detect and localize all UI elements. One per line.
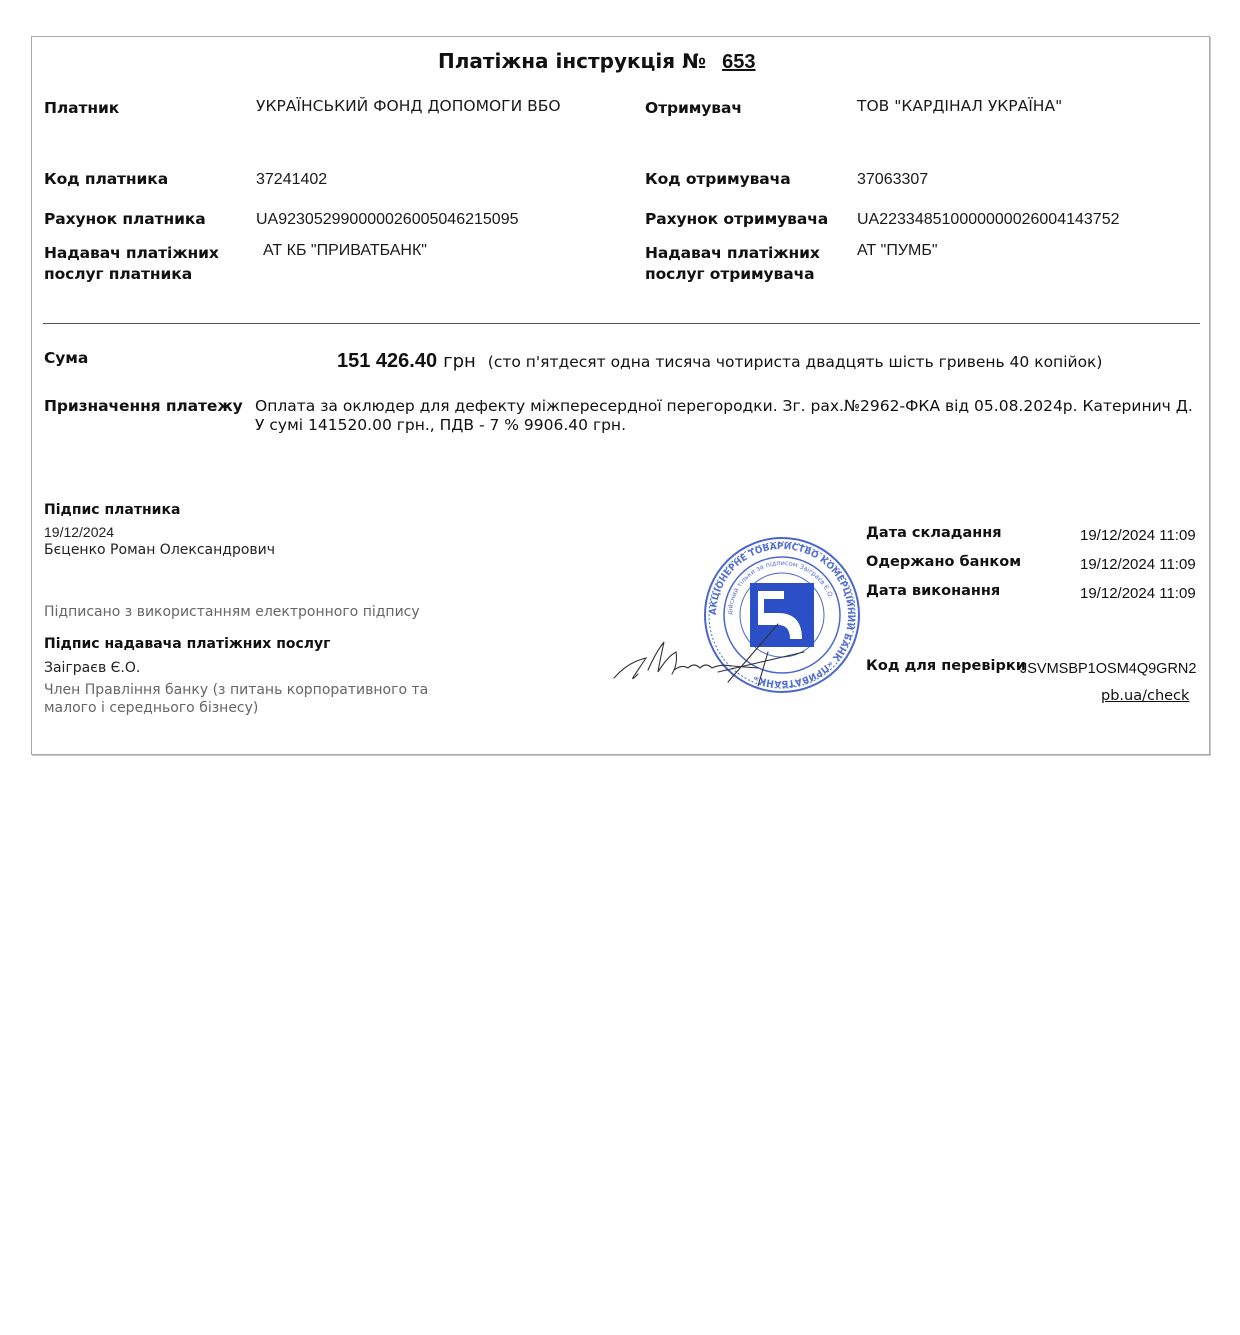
amount-in-words: (сто п'ятдесят одна тисяча чотириста два… [488,353,1103,371]
payer-provider: АТ КБ "ПРИВАТБАНК" [263,242,427,260]
recipient-code-label: Код отримувача [645,170,791,188]
date-received-value: 19/12/2024 11:09 [1080,556,1196,573]
recipient-code: 37063307 [857,171,928,189]
payer-value: УКРАЇНСЬКИЙ ФОНД ДОПОМОГИ ВБО [256,97,561,115]
payer-provider-label-line1: Надавач платіжних [44,243,219,264]
verification-code-label: Код для перевірки [866,658,1026,674]
recipient-provider: АТ "ПУМБ" [857,242,938,260]
amount-label: Сума [44,349,88,367]
date-received-label: Одержано банком [866,554,1021,570]
title-text: Платіжна інструкція № [438,49,706,73]
payer-code: 37241402 [256,171,327,189]
payer-provider-label: Надавач платіжних послуг платника [44,243,219,285]
recipient-value: ТОВ "КАРДІНАЛ УКРАЇНА" [857,97,1062,115]
e-signature-note: Підписано з використанням електронного п… [44,604,420,620]
document-title: Платіжна інструкція №653 [438,49,755,74]
recipient-account-label: Рахунок отримувача [645,210,828,228]
payer-signer-name: Бєценко Роман Олександрович [44,542,275,558]
recipient-provider-label-line1: Надавач платіжних [645,243,820,264]
recipient-account: UA223348510000000026004143752 [857,211,1119,229]
amount-value: 151 426.40 [337,350,437,372]
verification-link[interactable]: pb.ua/check [1101,688,1189,704]
payer-label: Платник [44,99,119,117]
payment-instruction: Платіжна інструкція №653 Платник УКРАЇНС… [31,36,1210,755]
divider [43,323,1200,324]
payer-provider-label-line2: послуг платника [44,264,219,285]
document-number: 653 [718,51,755,73]
payer-account-label: Рахунок платника [44,210,206,228]
provider-signer-name: Заіграєв Є.О. [44,660,140,676]
date-executed-value: 19/12/2024 11:09 [1080,585,1196,602]
payer-code-label: Код платника [44,170,168,188]
payer-signature-date: 19/12/2024 [44,524,114,540]
recipient-provider-label: Надавач платіжних послуг отримувача [645,243,820,285]
date-executed-label: Дата виконання [866,583,1000,599]
purpose-label: Призначення платежу [44,397,243,415]
recipient-label: Отримувач [645,99,742,117]
payer-signature-label: Підпис платника [44,502,180,518]
provider-signature-label: Підпис надавача платіжних послуг [44,636,330,652]
purpose-text: Оплата за оклюдер для дефекту міжпересер… [255,397,1195,435]
handwritten-signature-icon [608,612,808,692]
verification-code: JSVMSBP1OSM4Q9GRN2 [1020,661,1200,677]
amount-row: 151 426.40грн(сто п'ятдесят одна тисяча … [337,350,1102,373]
date-created-value: 19/12/2024 11:09 [1080,527,1196,544]
provider-signer-position: Член Правління банку (з питань корпорати… [44,681,444,717]
recipient-provider-label-line2: послуг отримувача [645,264,820,285]
date-created-label: Дата складання [866,525,1002,541]
payer-account: UA923052990000026005046215095 [256,211,518,229]
amount-currency: грн [443,351,476,372]
